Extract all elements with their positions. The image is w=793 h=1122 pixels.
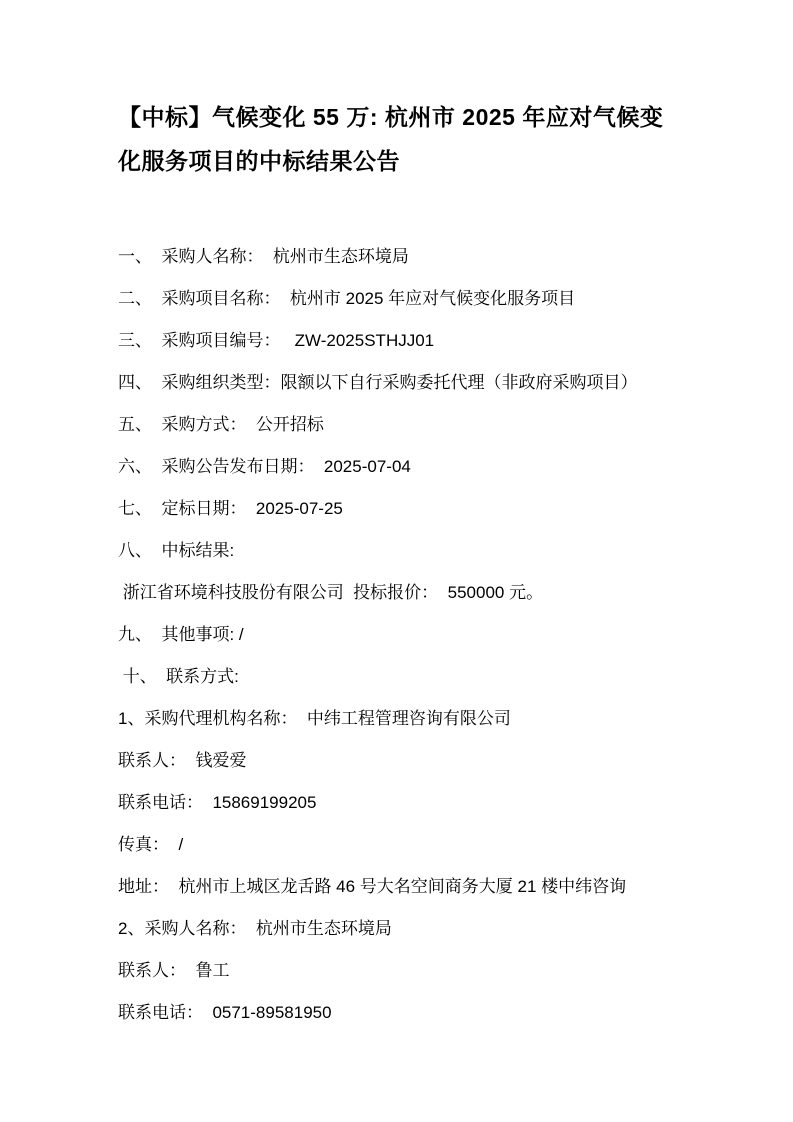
document-line-purchaser-phone: 联系电话： 0571-89581950 bbox=[118, 1001, 678, 1025]
document-line-agency-fax: 传真： / bbox=[118, 833, 678, 857]
document-line-project-name: 二、 采购项目名称： 杭州市 2025 年应对气候变化服务项目 bbox=[118, 287, 678, 311]
document-line-winning-bidder: 浙江省环境科技股份有限公司 投标报价： 550000 元。 bbox=[118, 581, 678, 605]
document-line-other-matters: 九、 其他事项: / bbox=[118, 623, 678, 647]
document-line-agency-phone: 联系电话： 15869199205 bbox=[118, 791, 678, 815]
document-line-organization-type: 四、 采购组织类型：限额以下自行采购委托代理（非政府采购项目） bbox=[118, 371, 678, 395]
document-line-purchaser-name: 2、采购人名称： 杭州市生态环境局 bbox=[118, 917, 678, 941]
document-title: 【中标】气候变化 55 万: 杭州市 2025 年应对气候变化服务项目的中标结果… bbox=[118, 95, 678, 183]
document-line-award-result-heading: 八、 中标结果: bbox=[118, 539, 678, 563]
document-page: 【中标】气候变化 55 万: 杭州市 2025 年应对气候变化服务项目的中标结果… bbox=[0, 0, 793, 1122]
document-line-purchaser: 一、 采购人名称： 杭州市生态环境局 bbox=[118, 245, 678, 269]
document-line-contact-heading: 十、 联系方式: bbox=[118, 665, 678, 689]
document-line-purchaser-contact-person: 联系人： 鲁工 bbox=[118, 959, 678, 983]
document-line-announcement-date: 六、 采购公告发布日期： 2025-07-04 bbox=[118, 455, 678, 479]
document-line-project-number: 三、 采购项目编号： ZW-2025STHJJ01 bbox=[118, 329, 678, 353]
document-line-procurement-method: 五、 采购方式： 公开招标 bbox=[118, 413, 678, 437]
document-line-agency-contact-person: 联系人： 钱爱爱 bbox=[118, 749, 678, 773]
document-line-agency-name: 1、采购代理机构名称： 中纬工程管理咨询有限公司 bbox=[118, 707, 678, 731]
document-line-award-date: 七、 定标日期： 2025-07-25 bbox=[118, 497, 678, 521]
document-line-agency-address: 地址： 杭州市上城区龙舌路 46 号大名空间商务大厦 21 楼中纬咨询 bbox=[118, 875, 678, 899]
